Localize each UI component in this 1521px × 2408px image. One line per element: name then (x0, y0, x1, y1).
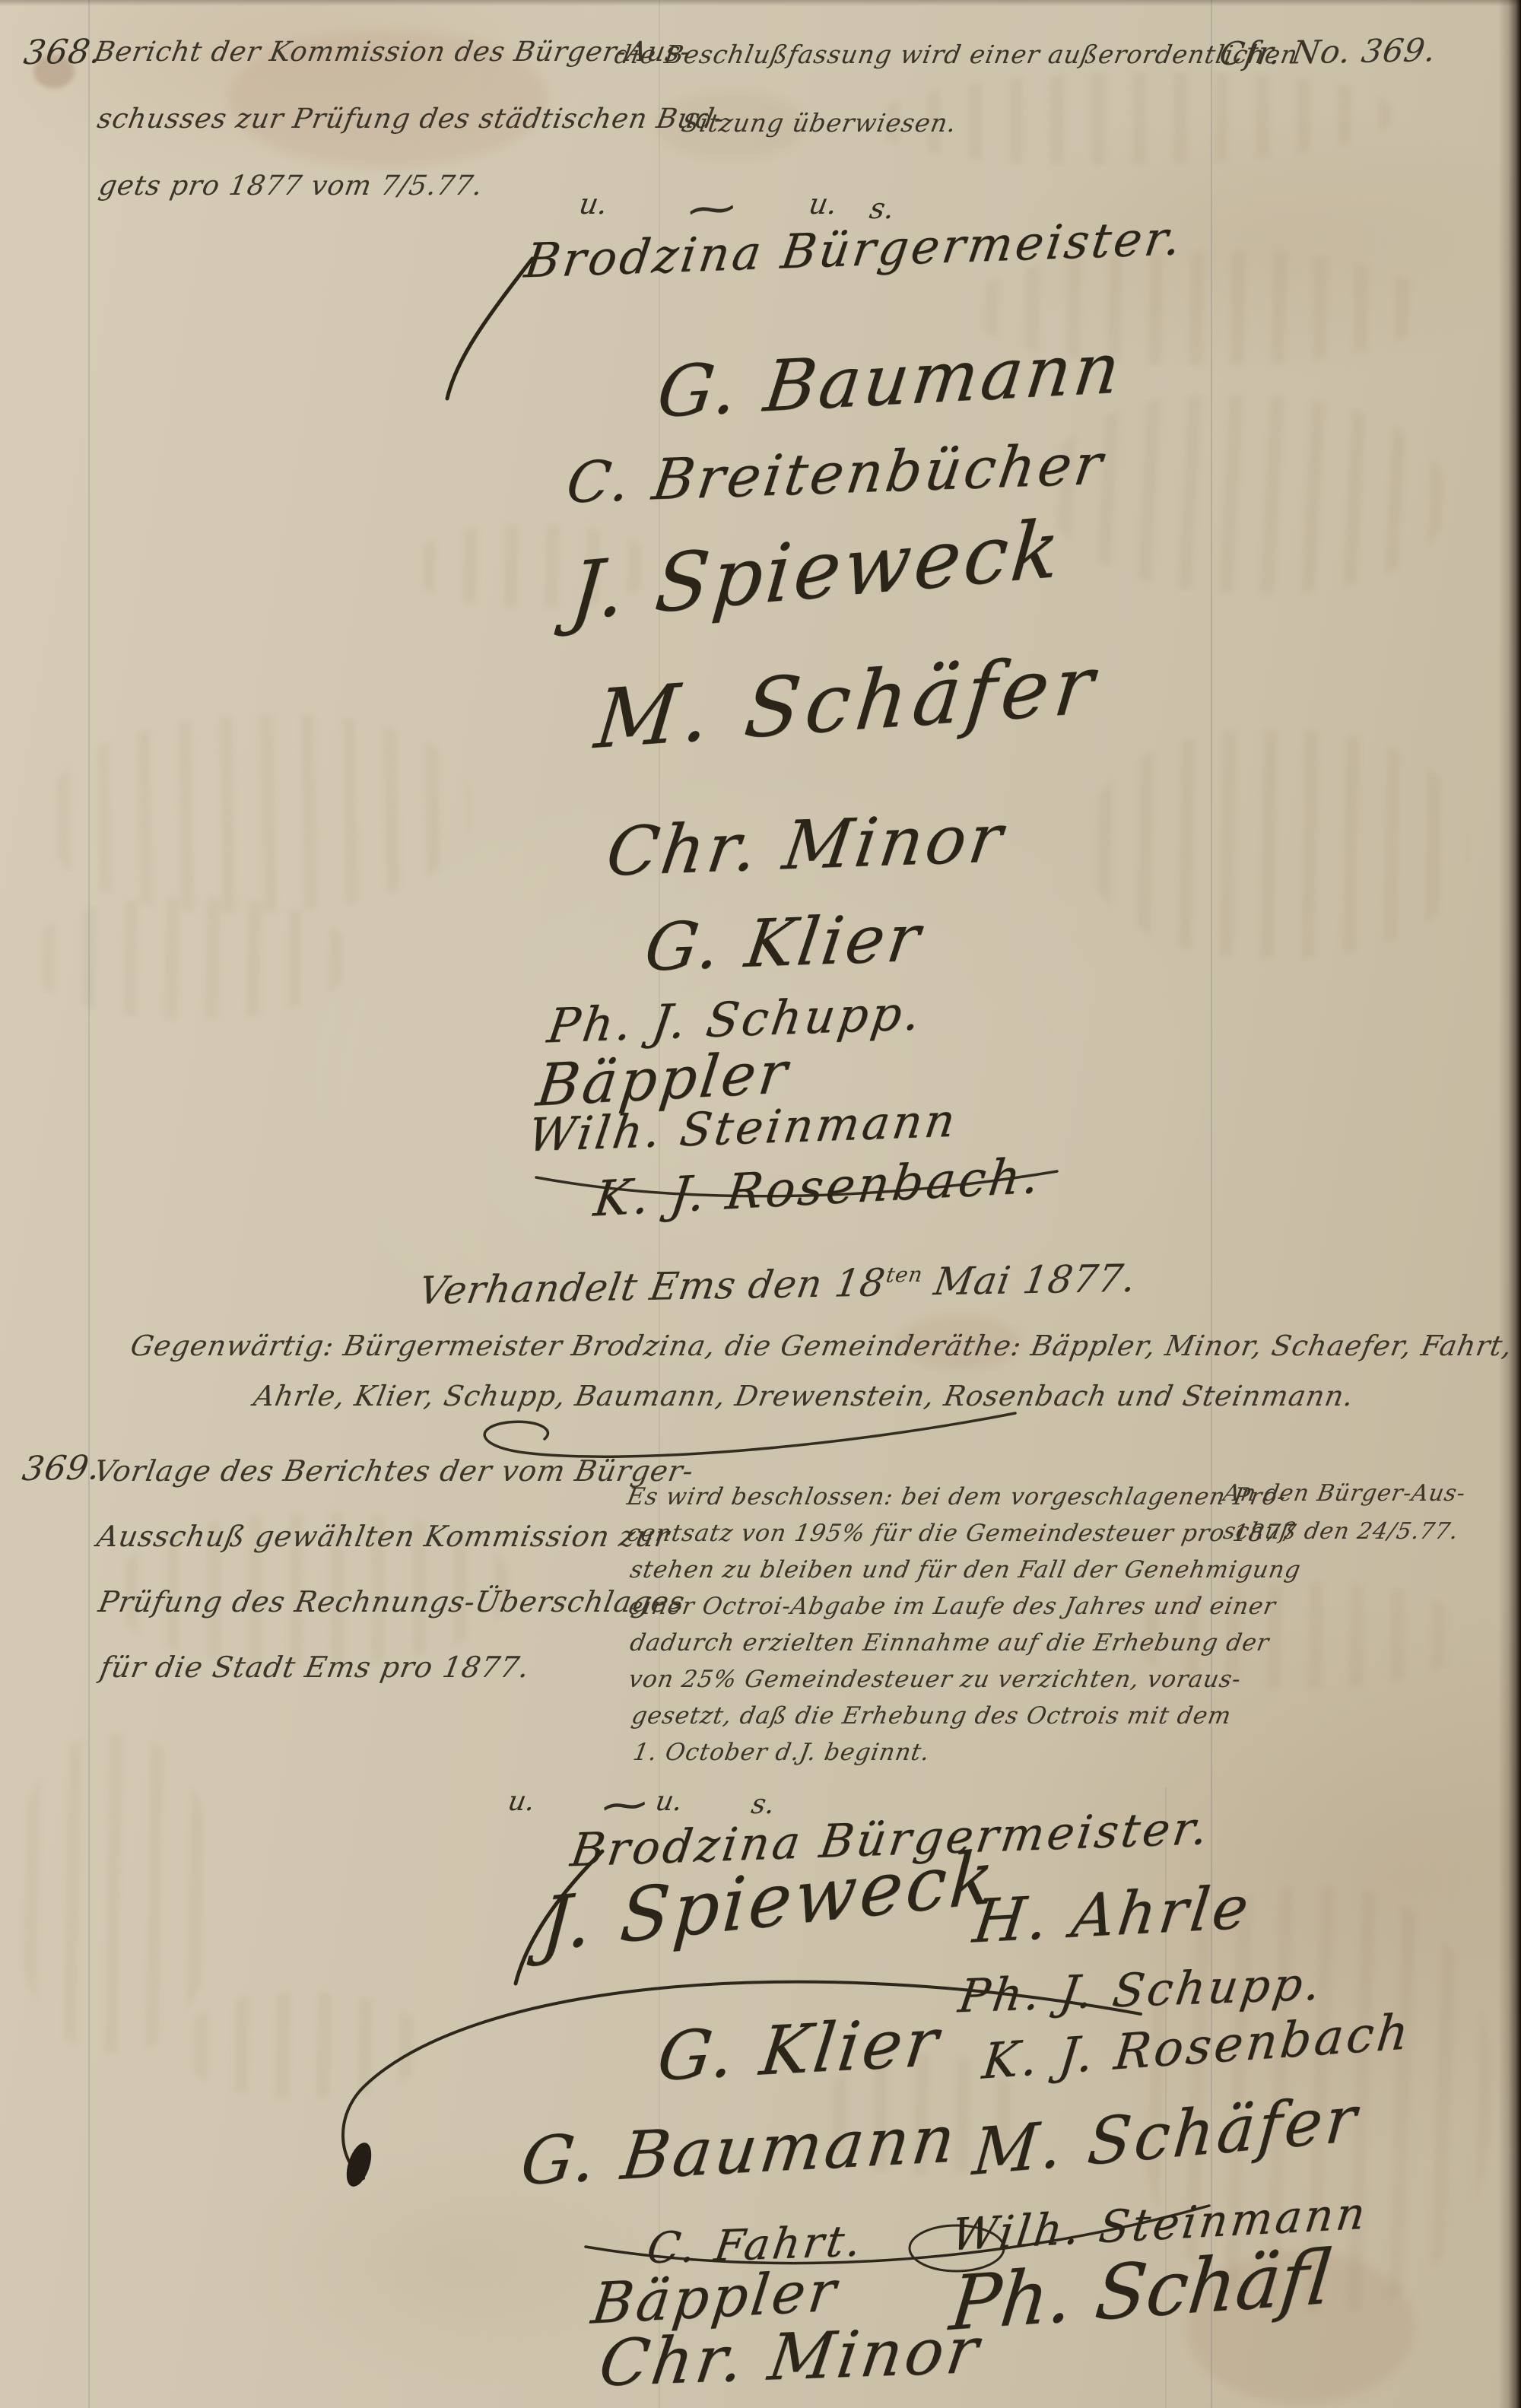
dateline-text: Verhandelt Ems den 18 (416, 1260, 889, 1313)
bleedthrough-smudge (43, 707, 475, 920)
entry-368-subject-line: schusses zur Prüfung des städtischen Bud… (95, 103, 727, 135)
closing-mark: u. (506, 1786, 538, 1817)
entry-368-subject-line: gets pro 1877 vom 7/5.77. (97, 170, 486, 202)
entry-369-subject-line: für die Stadt Ems pro 1877. (97, 1650, 532, 1684)
dateline-text: Mai 1877. (918, 1256, 1139, 1304)
signature: G. Klier (653, 2003, 945, 2096)
bleedthrough-smudge (183, 1993, 426, 2099)
attendance-line: Ahrle, Klier, Schupp, Baumann, Drewenste… (251, 1380, 1356, 1412)
bleedthrough-smudge (15, 1734, 213, 2054)
closing-mark: u. (653, 1786, 685, 1817)
entry-368-decision-line: Sitzung überwiesen. (679, 108, 959, 138)
signature: Chr. Minor (595, 2313, 986, 2401)
closing-mark: u. (576, 187, 610, 221)
attendance-line: Gegenwärtig: Bürgermeister Brodzina, die… (128, 1329, 1515, 1362)
dateline-ordinal: ten (884, 1263, 925, 1288)
entry-368-cross-reference: Cfr. No. 369. (1217, 31, 1439, 72)
entry-369-decision-line: von 25% Gemeindesteuer zu verzichten, vo… (627, 1666, 1243, 1693)
dateline: Verhandelt Ems den 18ten Mai 1877. (416, 1256, 1140, 1314)
manuscript-page: 368. Bericht der Kommission des Bürger-A… (0, 0, 1521, 2408)
entry-369-subject-line: Ausschuß gewählten Kommission zur (94, 1520, 672, 1553)
book-binding-edge (1498, 0, 1521, 2408)
entry-369-decision-line: stehen zu bleiben und für den Fall der G… (628, 1556, 1303, 1584)
entry-369-subject-line: Prüfung des Rechnungs-Überschlages (96, 1585, 687, 1619)
entry-369-number: 369. (20, 1448, 103, 1488)
signature: C. Breitenbücher (563, 431, 1109, 516)
entry-369-decision-line: einer Octroi-Abgabe im Laufe des Jahres … (627, 1593, 1278, 1620)
bleedthrough-smudge (30, 897, 350, 1019)
attendance-underline-swash (484, 1413, 1015, 1457)
closing-mark: u. (806, 187, 840, 221)
signature: G. Baumann (517, 2101, 962, 2200)
entry-369-decision-line: dadurch erzielten Einnahme auf die Erheb… (628, 1629, 1272, 1657)
entry-368-decision-line: die Beschlußfassung wird einer außerorde… (612, 40, 1300, 69)
bleedthrough-smudge (1046, 389, 1449, 600)
closing-mark: s. (749, 1789, 777, 1820)
entry-369-subject-line: Vorlage des Berichtes der vom Bürger- (91, 1454, 697, 1488)
left-margin-rule (88, 0, 90, 2408)
ink-blot (341, 2140, 376, 2190)
entry-369-margin-note-line: schuß den 24/5.77. (1221, 1518, 1461, 1545)
entry-368-subject-line: Bericht der Kommission des Bürger-Aus- (92, 37, 694, 68)
page-edge-shadow (0, 0, 1521, 6)
brodzina-flourish-stroke (447, 259, 532, 399)
entry-369-decision-line: centsatz von 195% für die Gemeindesteuer… (625, 1520, 1299, 1547)
signature: G. Baumann (653, 327, 1127, 434)
signature: M. Schäfer (591, 637, 1103, 767)
signature: J. Spieweck (567, 502, 1066, 639)
signature: Chr. Minor (602, 799, 1010, 891)
bleedthrough-smudge (1088, 730, 1468, 958)
entry-369-margin-note-line: An den Bürger-Aus- (1221, 1480, 1468, 1507)
signature: G. Klier (640, 900, 927, 986)
entry-369-decision-line: 1. October d.J. beginnt. (631, 1739, 932, 1766)
entry-369-decision-line: Es wird beschlossen: bei dem vorgeschlag… (625, 1483, 1288, 1511)
entry-369-decision-line: gesetzt, daß die Erhebung des Octrois mi… (630, 1702, 1234, 1730)
